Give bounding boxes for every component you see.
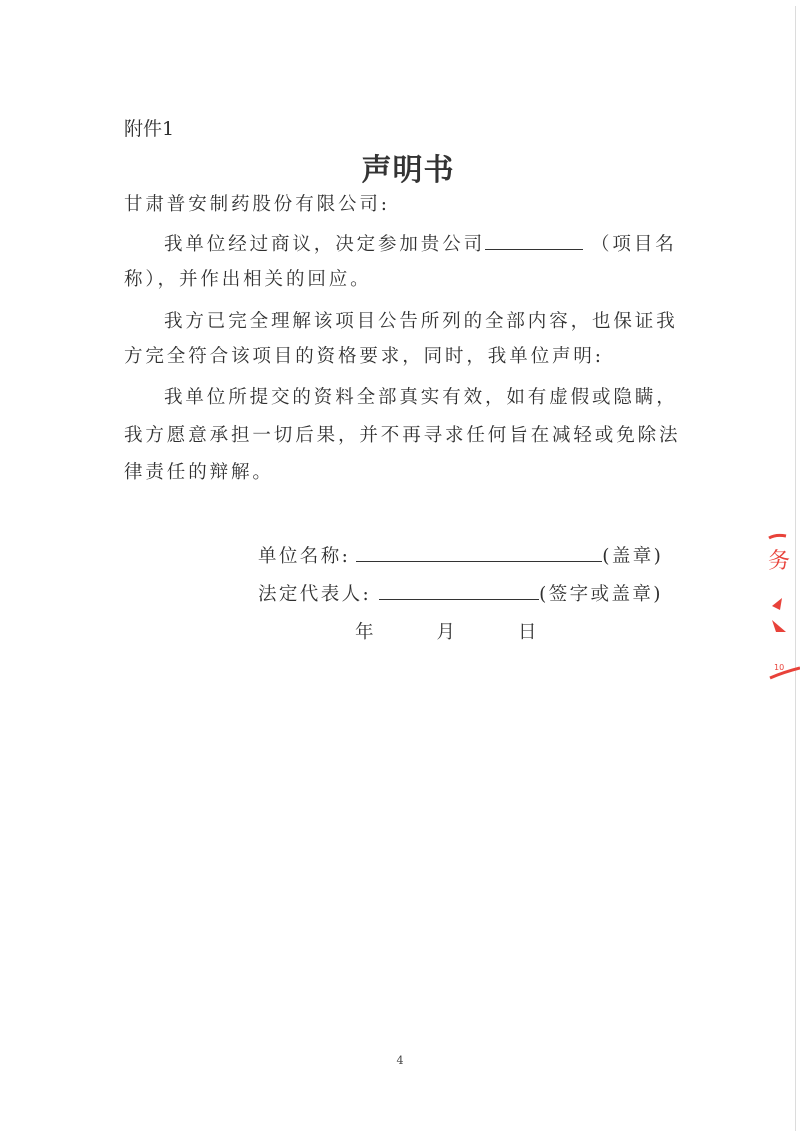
paragraph-1-line-1: 我单位经过商议，决定参加贵公司（项目名	[164, 230, 677, 256]
unit-name-blank	[356, 560, 602, 562]
p1-text-before: 我单位经过商议，决定参加贵公司	[164, 234, 485, 255]
svg-text:务: 务	[768, 549, 790, 574]
paragraph-3-line-2: 我方愿意承担一切后果，并不再寻求任何旨在减轻或免除法	[124, 421, 680, 447]
attachment-label: 附件1	[124, 114, 174, 141]
paragraph-1-line-2: 称），并作出相关的回应。	[124, 265, 372, 291]
paragraph-3-line-1: 我单位所提交的资料全部真实有效，如有虚假或隐瞒，	[164, 383, 678, 409]
partial-red-seal: 务 10	[766, 528, 800, 698]
legal-rep-suffix: (签字或盖章)	[539, 584, 663, 605]
unit-name-row: 单位名称:(盖章)	[258, 542, 663, 568]
legal-rep-label: 法定代表人:	[258, 584, 371, 605]
document-title: 声明书	[0, 145, 800, 189]
page-number: 4	[0, 1054, 800, 1067]
legal-rep-blank	[379, 598, 539, 600]
paragraph-2-line-2: 方完全符合该项目的资格要求，同时，我单位声明:	[124, 342, 604, 368]
date-year: 年	[355, 622, 376, 643]
unit-name-suffix: (盖章)	[602, 546, 663, 567]
svg-text:10: 10	[774, 663, 784, 672]
legal-rep-row: 法定代表人:(签字或盖章)	[258, 580, 663, 606]
date-month: 月	[436, 622, 457, 643]
paragraph-2-line-1: 我方已完全理解该项目公告所列的全部内容，也保证我	[164, 307, 678, 333]
seal-icon: 务 10	[766, 528, 800, 698]
salutation: 甘肃普安制药股份有限公司:	[124, 190, 390, 216]
date-day: 日	[518, 622, 539, 643]
date-row: 年 月 日	[355, 618, 539, 644]
project-name-blank	[485, 248, 583, 250]
p1-text-after: （项目名	[591, 234, 677, 255]
unit-name-label: 单位名称:	[258, 546, 350, 567]
paragraph-3-line-3: 律责任的辩解。	[124, 458, 274, 484]
